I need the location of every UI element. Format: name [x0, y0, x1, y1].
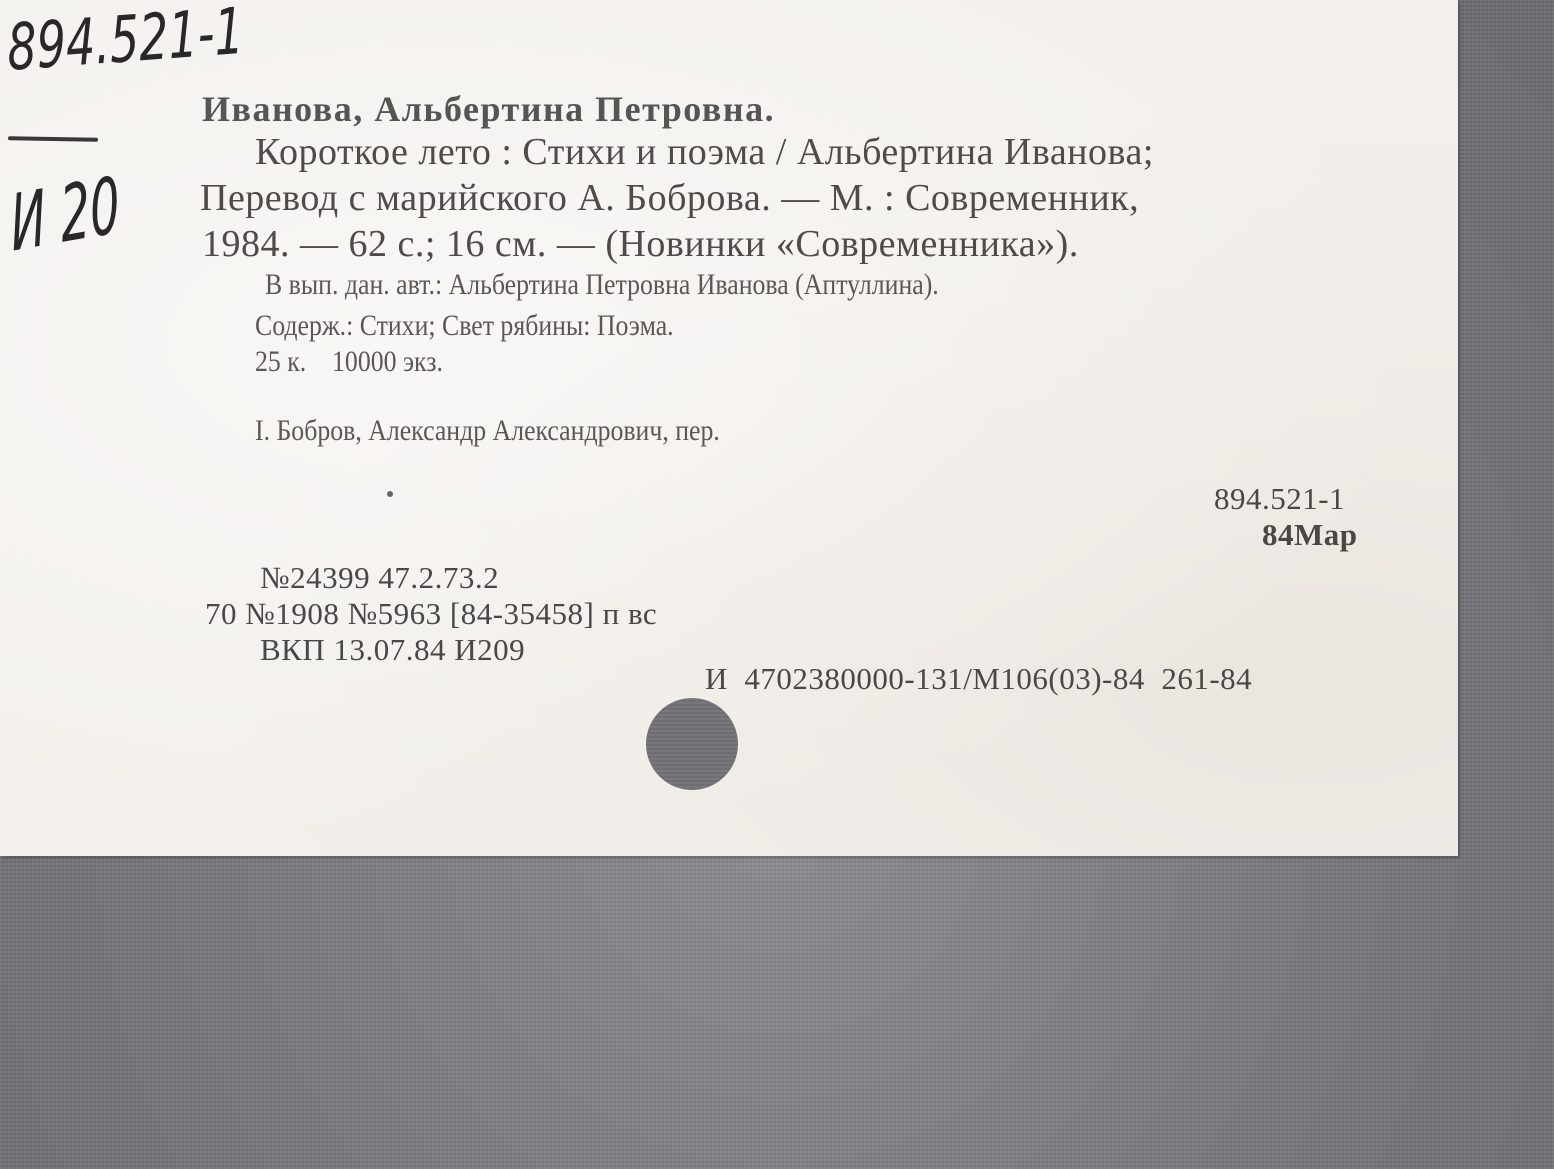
udc-index: 894.521-1	[1214, 481, 1345, 517]
title-line-3: 1984. — 62 с.; 16 см. — (Новинки «Соврем…	[202, 222, 1079, 266]
note-author-data: В вып. дан. авт.: Альбертина Петровна Ив…	[265, 268, 939, 302]
added-entry-translator: I. Бобров, Александр Александрович, пер.	[255, 414, 720, 448]
ink-dot	[387, 491, 393, 497]
code-line-3: ВКП 13.07.84 И209	[260, 632, 525, 668]
title-line-1: Короткое лето : Стихи и поэма / Альберти…	[255, 130, 1154, 174]
handwritten-divider	[8, 136, 98, 142]
code-line-2: 70 №1908 №5963 [84-35458] п вс	[205, 596, 657, 632]
isbn-line: И 4702380000-131/М106(03)-84 261-84	[705, 661, 1252, 697]
library-catalog-card: 894.521-1 И 20 Иванова, Альбертина Петро…	[0, 0, 1458, 856]
handwritten-class-number: 894.521-1	[6, 0, 245, 86]
note-price-printrun: 25 к. 10000 экз.	[255, 345, 443, 379]
note-contents: Содерж.: Стихи; Свет рябины: Поэма.	[255, 309, 674, 343]
title-line-2: Перевод с марийского А. Боброва. — М. : …	[200, 176, 1139, 220]
author-heading: Иванова, Альбертина Петровна.	[202, 88, 775, 130]
code-line-1: №24399 47.2.73.2	[260, 560, 499, 596]
punch-hole	[646, 698, 738, 790]
handwritten-author-mark: И 20	[8, 161, 122, 270]
bbk-index: 84Мар	[1262, 517, 1358, 553]
